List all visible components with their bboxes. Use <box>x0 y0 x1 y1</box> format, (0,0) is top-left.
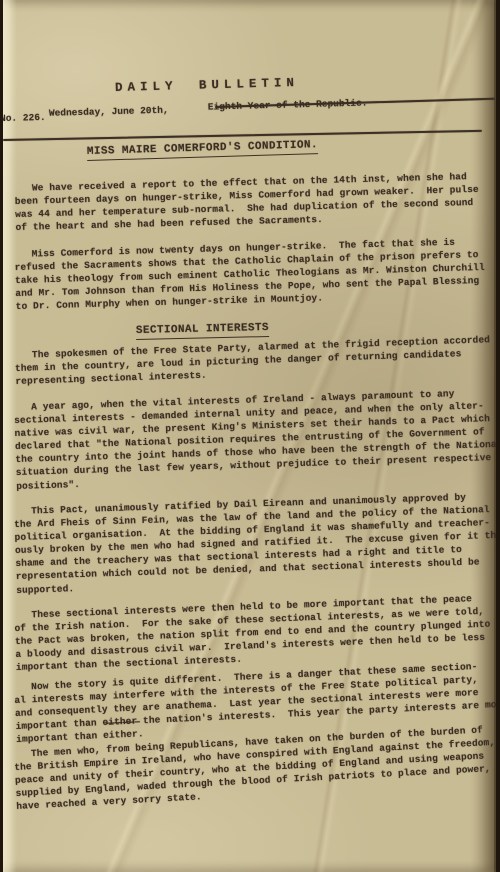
date-text: Wednesday, June 20th, <box>49 105 169 119</box>
issue-number: No. 226. <box>3 112 46 124</box>
masthead-title: DAILY BULLETIN <box>115 76 299 95</box>
article-title-comerford-condition: MISS MAIRE COMERFORD'S CONDITION. <box>87 139 318 160</box>
paragraph-spokesmen: The spokesmen of the Free State Party, a… <box>14 333 496 388</box>
paragraph-comerford-sacraments: Miss Comerford is now twenty days on hun… <box>14 234 496 313</box>
era-text: Eighth Year of the Republic. <box>208 97 368 112</box>
header-rule-bottom <box>3 130 482 141</box>
paragraph-year-ago-pact: A year ago, when the vital interests of … <box>14 386 496 493</box>
article-title-sectional-interests: SECTIONAL INTERESTS <box>136 322 269 340</box>
bulletin-page: DAILY BULLETIN No. 226. Wednesday, June … <box>3 0 496 872</box>
paragraph-comerford-report: We have received a report to the effect … <box>14 169 496 234</box>
photo-background: DAILY BULLETIN No. 226. Wednesday, June … <box>0 0 500 872</box>
paragraph-pact-ratified: This Pact, unanimously ratified by Dail … <box>14 490 496 597</box>
dateline: No. 226. Wednesday, June 20th, Eighth Ye… <box>3 96 496 123</box>
